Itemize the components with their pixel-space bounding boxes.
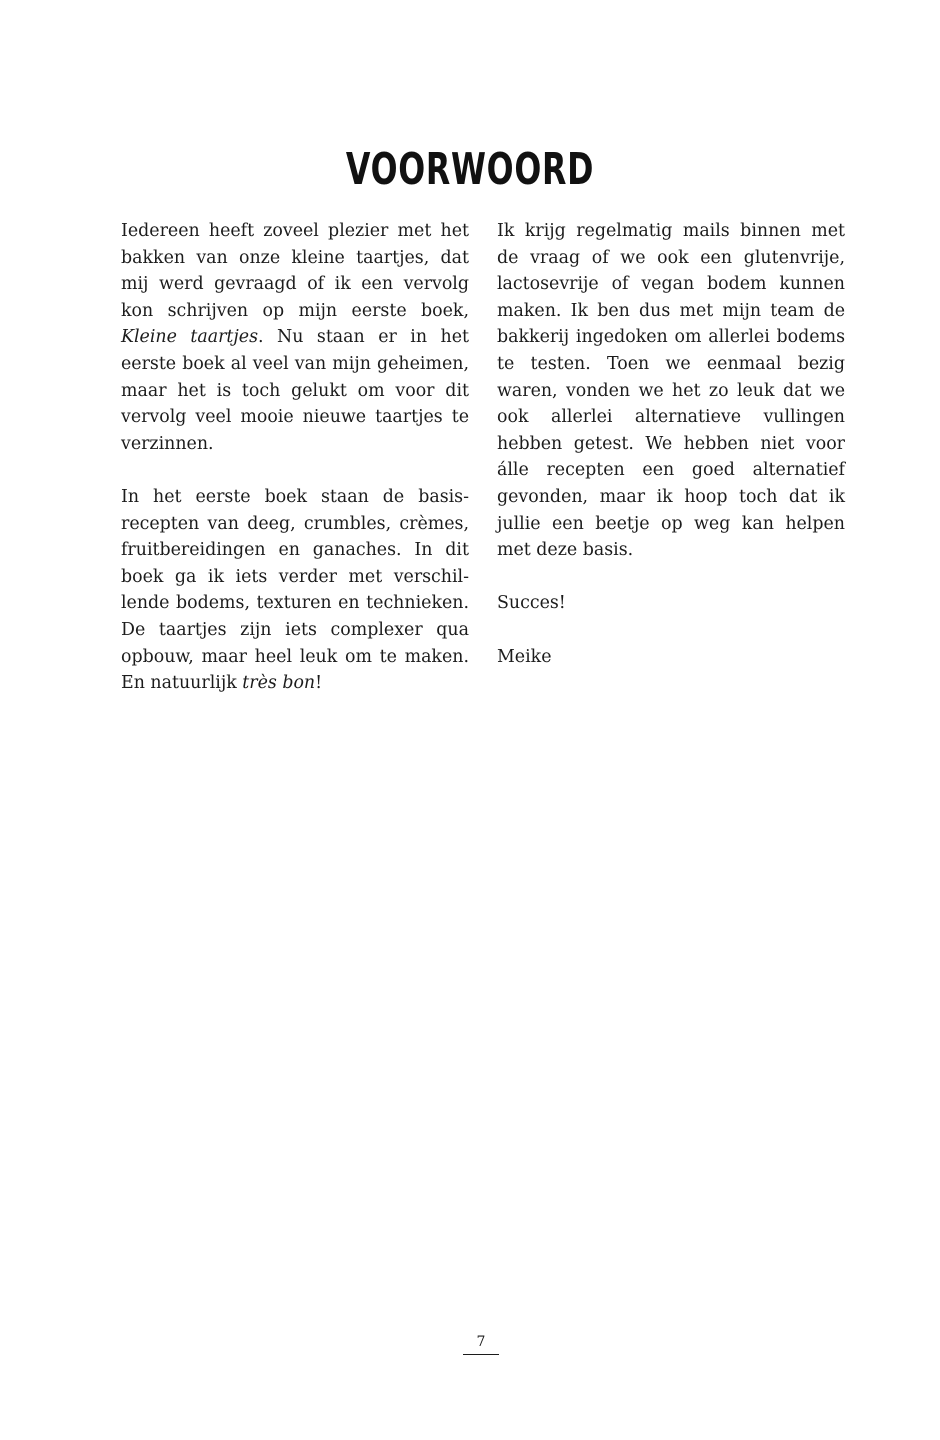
text-line: lactosevrije of vegan bodem kunnen bbox=[497, 271, 845, 298]
text-fragment: . Nu staan er in het bbox=[258, 327, 469, 347]
text-line: Kleine taartjes. Nu staan er in het bbox=[121, 324, 469, 351]
text-line: In het eerste boek staan de basis- bbox=[121, 484, 469, 511]
tres-bon-italic: très bon bbox=[242, 673, 315, 693]
right-column: Ik krijg regelmatig mails binnen met de … bbox=[497, 218, 845, 670]
text-fragment: En natuurlijk bbox=[121, 673, 242, 693]
text-line: te testen. Toen we eenmaal bezig bbox=[497, 351, 845, 378]
text-line: opbouw, maar heel leuk om te maken. bbox=[121, 644, 469, 671]
paragraph-gap bbox=[497, 564, 845, 591]
text-line: verzinnen. bbox=[121, 431, 469, 458]
text-line: boek ga ik iets verder met verschil- bbox=[121, 564, 469, 591]
text-line: lende bodems, texturen en technieken. bbox=[121, 590, 469, 617]
text-line: maar het is toch gelukt om voor dit bbox=[121, 378, 469, 405]
paragraph-basics: In het eerste boek staan de basis- recep… bbox=[121, 484, 469, 697]
text-line: bakken van onze kleine taartjes, dat bbox=[121, 245, 469, 272]
text-line: kon schrijven op mijn eerste boek, bbox=[121, 298, 469, 325]
book-title-italic: Kleine taartjes bbox=[121, 327, 258, 347]
text-line: bakkerij ingedoken om allerlei bodems bbox=[497, 324, 845, 351]
signature: Meike bbox=[497, 644, 845, 671]
text-line: mij werd gevraagd of ik een vervolg bbox=[121, 271, 469, 298]
text-line: de vraag of we ook een glutenvrije, bbox=[497, 245, 845, 272]
text-line: waren, vonden we het zo leuk dat we bbox=[497, 378, 845, 405]
text-line: hebben getest. We hebben niet voor bbox=[497, 431, 845, 458]
text-line: Ik krijg regelmatig mails binnen met bbox=[497, 218, 845, 245]
text-line: En natuurlijk très bon! bbox=[121, 670, 469, 697]
page-number: 7 bbox=[463, 1332, 499, 1355]
text-line: De taartjes zijn iets complexer qua bbox=[121, 617, 469, 644]
text-line: maken. Ik ben dus met mijn team de bbox=[497, 298, 845, 325]
text-line: vervolg veel mooie nieuwe taartjes te bbox=[121, 404, 469, 431]
paragraph-intro: Iedereen heeft zoveel plezier met het ba… bbox=[121, 218, 469, 457]
text-line: jullie een beetje op weg kan helpen bbox=[497, 511, 845, 538]
text-line: álle recepten een goed alternatief bbox=[497, 457, 845, 484]
closing-text: Succes! bbox=[497, 590, 845, 617]
text-line: met deze basis. bbox=[497, 537, 845, 564]
text-line: recepten van deeg, crumbles, crèmes, bbox=[121, 511, 469, 538]
left-column: Iedereen heeft zoveel plezier met het ba… bbox=[121, 218, 469, 697]
page-title: VOORWOORD bbox=[132, 140, 809, 200]
text-fragment: ! bbox=[315, 673, 322, 693]
paragraph-gap bbox=[497, 617, 845, 644]
text-line: ook allerlei alternatieve vullingen bbox=[497, 404, 845, 431]
text-line: Iedereen heeft zoveel plezier met het bbox=[121, 218, 469, 245]
text-line: gevonden, maar ik hoop toch dat ik bbox=[497, 484, 845, 511]
paragraph-alternatives: Ik krijg regelmatig mails binnen met de … bbox=[497, 218, 845, 564]
text-line: fruitbereidingen en ganaches. In dit bbox=[121, 537, 469, 564]
paragraph-gap bbox=[121, 457, 469, 484]
text-line: eerste boek al veel van mijn geheimen, bbox=[121, 351, 469, 378]
